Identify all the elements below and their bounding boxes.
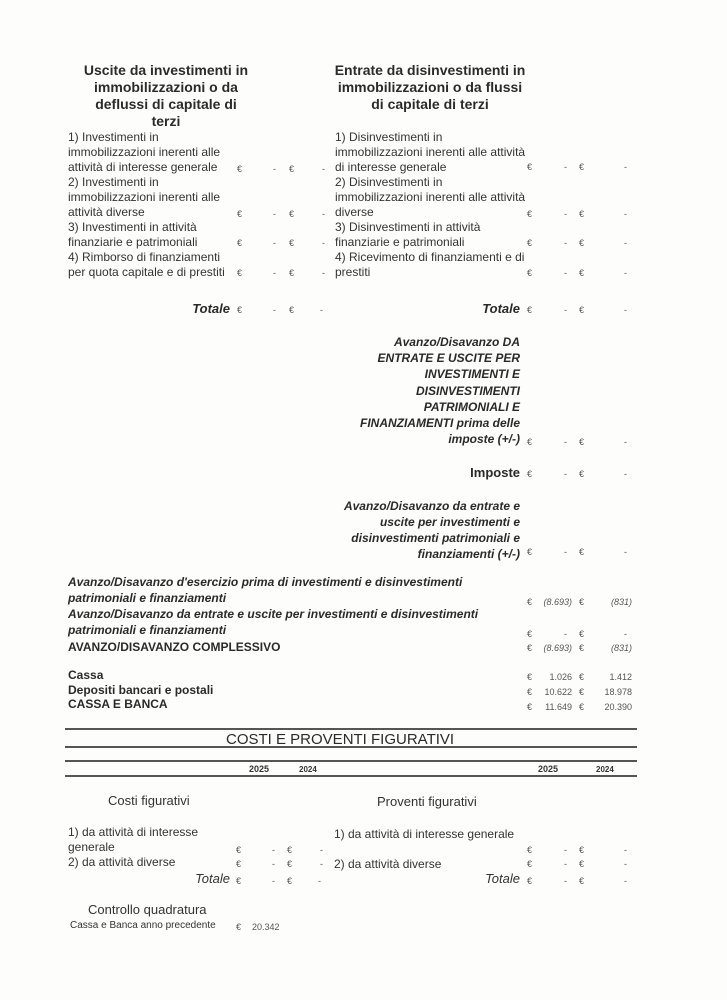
proventi-item-1-label: 1) da attività di interesse generale — [334, 827, 514, 842]
uscite-title-line: Uscite da investimenti in — [66, 62, 266, 79]
uscite-1-currency: € — [237, 164, 242, 174]
entrate-2-currency: € — [527, 209, 532, 219]
controllo-currency: € — [236, 922, 241, 932]
riepilogo-2-2025: - — [564, 629, 567, 639]
label-line: 4) Ricevimento di finanziamenti e di — [335, 250, 530, 265]
uscite-1-currency-2024: € — [289, 164, 294, 174]
depositi-label: Depositi bancari e postali — [68, 683, 213, 697]
entrate-totale-label: Totale — [440, 301, 520, 316]
imposte-2024: - — [624, 469, 627, 479]
uscite-3-2024: - — [322, 238, 325, 248]
label-line: finanziamenti (+/-) — [320, 546, 520, 562]
costi-totale-currency: € — [236, 876, 241, 886]
uscite-2-currency-2024: € — [289, 209, 294, 219]
riepilogo-1-currency: € — [527, 597, 532, 607]
uscite-4-currency: € — [237, 268, 242, 278]
riepilogo-1-2025: (8.693) — [540, 597, 572, 607]
entrate-2-2024: - — [624, 209, 627, 219]
riepilogo-3-currency: € — [527, 643, 532, 653]
entrate-item-3-label: 3) Disinvestimenti in attività finanziar… — [335, 220, 530, 250]
proventi-totale-currency: € — [527, 876, 532, 886]
label-line: Avanzo/Disavanzo da entrate e — [320, 498, 520, 514]
costi-totale-currency-2024: € — [287, 876, 292, 886]
controllo-label: Cassa e Banca anno precedente — [70, 920, 216, 931]
label-line: INVESTIMENTI E — [320, 366, 520, 382]
entrate-totale-currency: € — [527, 305, 532, 315]
proventi-item-2-label: 2) da attività diverse — [334, 857, 441, 872]
entrate-4-2025: - — [564, 268, 567, 278]
year-2025-right: 2025 — [538, 764, 558, 774]
entrate-2-2025: - — [564, 209, 567, 219]
label-line: PATRIMONIALI E — [320, 399, 520, 415]
costi-totale-label: Totale — [150, 871, 230, 886]
entrate-title-line: di capitale di terzi — [330, 96, 530, 113]
cassa-e-banca-currency: € — [527, 702, 532, 712]
avanzo-investimenti-currency-2024: € — [579, 547, 584, 557]
depositi-currency-2024: € — [579, 687, 584, 697]
uscite-3-currency-2024: € — [289, 238, 294, 248]
label-line: di interesse generale — [335, 160, 530, 175]
uscite-2-2024: - — [322, 209, 325, 219]
costi-totale-2024: - — [318, 876, 321, 886]
cassa-e-banca-2025: 11.649 — [536, 702, 572, 712]
costi-1-2024: - — [320, 845, 323, 855]
proventi-2-2024: - — [624, 859, 627, 869]
cassa-e-banca-currency-2024: € — [579, 702, 584, 712]
label-line: Avanzo/Disavanzo d'esercizio prima di in… — [68, 574, 508, 590]
label-line: attività di interesse generale — [68, 160, 238, 175]
entrate-item-4-label: 4) Ricevimento di finanziamenti e di pre… — [335, 250, 530, 280]
cassa-currency-2024: € — [579, 672, 584, 682]
proventi-2-currency-2024: € — [579, 859, 584, 869]
label-line: immobilizzazioni inerenti alle — [68, 190, 238, 205]
proventi-totale-currency-2024: € — [579, 876, 584, 886]
controllo-quadratura-title: Controllo quadratura — [88, 902, 207, 917]
uscite-title-line: immobilizzazioni o da — [66, 79, 266, 96]
label-line: 3) Investimenti in attività — [68, 220, 238, 235]
uscite-totale-currency: € — [237, 305, 242, 315]
entrate-title-line: immobilizzazioni o da flussi — [330, 79, 530, 96]
entrate-1-2025: - — [564, 162, 567, 172]
entrate-4-currency-2024: € — [579, 268, 584, 278]
entrate-1-currency-2024: € — [579, 162, 584, 172]
label-line: finanziarie e patrimoniali — [335, 235, 530, 250]
avanzo-investimenti-currency: € — [527, 547, 532, 557]
proventi-1-currency-2024: € — [579, 845, 584, 855]
label-line: FINANZIAMENTI prima delle — [320, 415, 520, 431]
entrate-1-currency: € — [527, 162, 532, 172]
cassa-label: Cassa — [68, 668, 103, 682]
proventi-totale-label: Totale — [440, 871, 520, 886]
label-line: patrimoniali e finanziamenti — [68, 590, 508, 606]
divider — [65, 728, 637, 730]
imposte-label: Imposte — [420, 465, 520, 480]
label-line: immobilizzazioni inerenti alle — [68, 145, 238, 160]
uscite-3-2025: - — [273, 238, 276, 248]
year-2024-left: 2024 — [299, 765, 317, 774]
entrate-1-2024: - — [624, 162, 627, 172]
uscite-totale-currency-2024: € — [289, 305, 294, 315]
costi-item-1-label: 1) da attività di interesse generale — [68, 825, 238, 855]
uscite-totale-2025: - — [273, 305, 276, 315]
entrate-4-2024: - — [624, 268, 627, 278]
uscite-item-4-label: 4) Rimborso di finanziamenti per quota c… — [68, 250, 238, 280]
label-line: DISINVESTIMENTI — [320, 383, 520, 399]
depositi-2025: 10.622 — [536, 687, 572, 697]
cassa-currency: € — [527, 672, 532, 682]
costi-item-2-label: 2) da attività diverse — [68, 855, 175, 870]
avanzo-investimenti-label: Avanzo/Disavanzo da entrate e uscite per… — [320, 498, 520, 562]
label-line: imposte (+/-) — [320, 431, 520, 447]
label-line: uscite per investimenti e — [320, 514, 520, 530]
label-line: 1) Investimenti in — [68, 130, 238, 145]
riepilogo-2-currency-2024: € — [579, 629, 584, 639]
label-line: 1) Disinvestimenti in — [335, 130, 530, 145]
cassa-e-banca-label: CASSA E BANCA — [68, 697, 168, 711]
costi-totale-2025: - — [272, 876, 275, 886]
uscite-3-currency: € — [237, 238, 242, 248]
entrate-item-2-label: 2) Disinvestimenti in immobilizzazioni i… — [335, 175, 530, 220]
uscite-totale-2024: - — [320, 305, 323, 315]
entrate-title: Entrate da disinvestimenti in immobilizz… — [330, 62, 530, 113]
label-line: finanziarie e patrimoniali — [68, 235, 238, 250]
uscite-title-line: terzi — [66, 113, 266, 130]
avanzo-complessivo-2024: (831) — [600, 643, 632, 653]
cassa-2024: 1.412 — [600, 672, 632, 682]
avanzo-investimenti-2025: - — [564, 547, 567, 557]
label-line: 3) Disinvestimenti in attività — [335, 220, 530, 235]
label-line: 1) da attività di interesse — [68, 825, 238, 840]
label-line: immobilizzazioni inerenti alle attività — [335, 145, 530, 160]
entrate-totale-2025: - — [564, 305, 567, 315]
uscite-1-2024: - — [322, 164, 325, 174]
cassa-e-banca-2024: 20.390 — [596, 702, 632, 712]
proventi-2-2025: - — [564, 859, 567, 869]
avanzo-prima-imposte-label: Avanzo/Disavanzo DA ENTRATE E USCITE PER… — [320, 334, 520, 447]
entrate-item-1-label: 1) Disinvestimenti in immobilizzazioni i… — [335, 130, 530, 175]
riepilogo-avanzo-esercizio-label: Avanzo/Disavanzo d'esercizio prima di in… — [68, 574, 508, 606]
proventi-figurativi-title: Proventi figurativi — [377, 794, 477, 809]
costi-2-2024: - — [320, 859, 323, 869]
entrate-totale-currency-2024: € — [579, 305, 584, 315]
uscite-item-3-label: 3) Investimenti in attività finanziarie … — [68, 220, 238, 250]
riepilogo-avanzo-investimenti-label: Avanzo/Disavanzo da entrate e uscite per… — [68, 606, 508, 638]
label-line: per quota capitale e di prestiti — [68, 265, 238, 280]
avanzo-complessivo-2025: (8.693) — [540, 643, 572, 653]
riepilogo-1-currency-2024: € — [579, 597, 584, 607]
proventi-1-2025: - — [564, 845, 567, 855]
divider — [65, 746, 637, 748]
label-line: prestiti — [335, 265, 530, 280]
entrate-3-currency-2024: € — [579, 238, 584, 248]
controllo-value: 20.342 — [252, 922, 280, 932]
entrate-4-currency: € — [527, 268, 532, 278]
proventi-totale-2024: - — [624, 876, 627, 886]
riepilogo-3-currency-2024: € — [579, 643, 584, 653]
uscite-title-line: deflussi di capitale di — [66, 96, 266, 113]
label-line: generale — [68, 840, 238, 855]
uscite-4-2024: - — [322, 268, 325, 278]
label-line: 2) Disinvestimenti in — [335, 175, 530, 190]
uscite-totale-label: Totale — [150, 301, 230, 316]
label-line: diverse — [335, 205, 530, 220]
imposte-currency-2024: € — [579, 469, 584, 479]
entrate-3-2024: - — [624, 238, 627, 248]
avanzo-prima-imposte-currency-2024: € — [579, 437, 584, 447]
costi-1-2025: - — [272, 845, 275, 855]
label-line: patrimoniali e finanziamenti — [68, 622, 508, 638]
costi-1-currency: € — [236, 845, 241, 855]
divider — [65, 775, 637, 777]
entrate-3-2025: - — [564, 238, 567, 248]
label-line: disinvestimenti patrimoniali e — [320, 530, 520, 546]
label-line: Avanzo/Disavanzo da entrate e uscite per… — [68, 606, 508, 622]
costi-2-currency: € — [236, 859, 241, 869]
entrate-2-currency-2024: € — [579, 209, 584, 219]
uscite-item-2-label: 2) Investimenti in immobilizzazioni iner… — [68, 175, 238, 220]
year-2024-right: 2024 — [596, 765, 614, 774]
label-line: 2) Investimenti in — [68, 175, 238, 190]
costi-figurativi-title: Costi figurativi — [108, 793, 190, 808]
avanzo-prima-imposte-currency: € — [527, 437, 532, 447]
riepilogo-2-currency: € — [527, 629, 532, 639]
proventi-1-2024: - — [624, 845, 627, 855]
avanzo-prima-imposte-2024: - — [624, 437, 627, 447]
uscite-title: Uscite da investimenti in immobilizzazio… — [66, 62, 266, 130]
entrate-title-line: Entrate da disinvestimenti in — [330, 62, 530, 79]
costi-1-currency-2024: € — [287, 845, 292, 855]
depositi-currency: € — [527, 687, 532, 697]
costi-2-currency-2024: € — [287, 859, 292, 869]
proventi-2-currency: € — [527, 859, 532, 869]
avanzo-complessivo-label: AVANZO/DISAVANZO COMPLESSIVO — [68, 640, 280, 654]
riepilogo-2-2024: - — [624, 629, 627, 639]
entrate-totale-2024: - — [624, 305, 627, 315]
label-line: 4) Rimborso di finanziamenti — [68, 250, 238, 265]
label-line: attività diverse — [68, 205, 238, 220]
proventi-totale-2025: - — [564, 876, 567, 886]
uscite-2-2025: - — [273, 209, 276, 219]
avanzo-investimenti-2024: - — [624, 547, 627, 557]
cassa-2025: 1.026 — [540, 672, 572, 682]
uscite-item-1-label: 1) Investimenti in immobilizzazioni iner… — [68, 130, 238, 175]
label-line: immobilizzazioni inerenti alle attività — [335, 190, 530, 205]
label-line: Avanzo/Disavanzo DA — [320, 334, 520, 350]
proventi-1-currency: € — [527, 845, 532, 855]
divider — [65, 760, 637, 762]
riepilogo-1-2024: (831) — [600, 597, 632, 607]
uscite-1-2025: - — [273, 164, 276, 174]
avanzo-prima-imposte-2025: - — [564, 437, 567, 447]
depositi-2024: 18.978 — [596, 687, 632, 697]
uscite-4-2025: - — [273, 268, 276, 278]
uscite-4-currency-2024: € — [289, 268, 294, 278]
imposte-2025: - — [564, 469, 567, 479]
entrate-3-currency: € — [527, 238, 532, 248]
year-2025-left: 2025 — [249, 764, 269, 774]
imposte-currency: € — [527, 469, 532, 479]
uscite-2-currency: € — [237, 209, 242, 219]
costi-2-2025: - — [272, 859, 275, 869]
label-line: ENTRATE E USCITE PER — [320, 350, 520, 366]
